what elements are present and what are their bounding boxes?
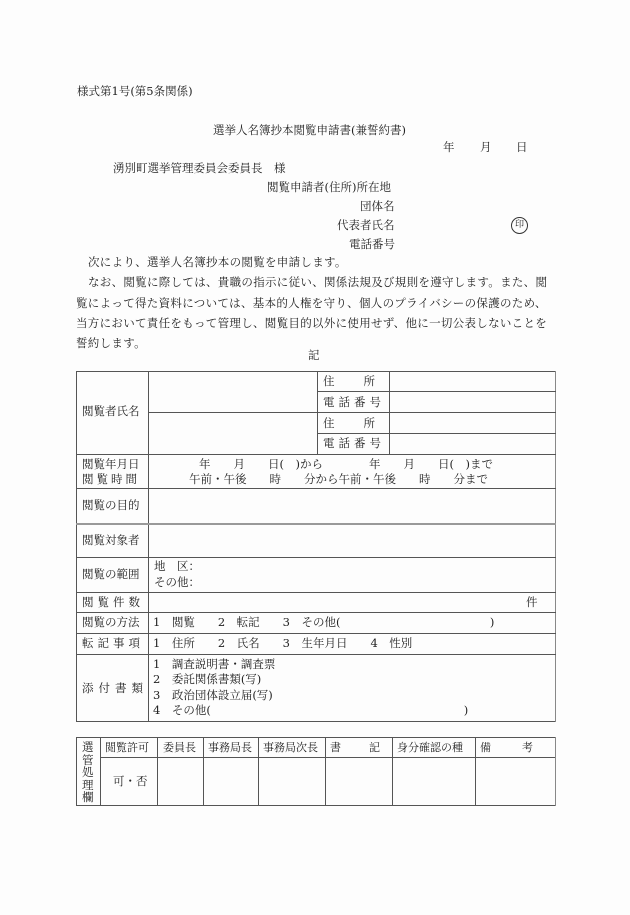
- count-unit: 件: [526, 597, 538, 609]
- admin-side-label: 選管処理欄: [82, 741, 94, 804]
- body-text: 次により、選挙人名簿抄本の閲覧を申請します。 なお、閲覧に際しては、貴職の指示に…: [76, 252, 558, 353]
- attachment-item-4[interactable]: 4 その他( ): [153, 705, 468, 717]
- attachment-item-1[interactable]: 1 調査説明書・調査票: [153, 659, 275, 671]
- purpose-label: 閲覧の目的: [82, 500, 140, 512]
- permit-value[interactable]: 可・否: [113, 776, 148, 788]
- viewer-name-2-field[interactable]: [149, 413, 317, 454]
- transcribe-label: 転記事項: [82, 638, 144, 650]
- count-field[interactable]: [149, 593, 519, 612]
- date-month: 月: [480, 142, 492, 154]
- representative-label: 代表者氏名: [337, 220, 395, 232]
- phone-label-2: 電話番号: [323, 438, 385, 450]
- remarks-field[interactable]: [476, 758, 555, 805]
- phone-label: 電話番号: [349, 239, 395, 251]
- address-2-field[interactable]: [390, 413, 555, 433]
- address-label-2: 住 所: [323, 418, 377, 430]
- body-para-line-3: 当方において責任をもって管理し、閲覧目的以外に使用せず、他に一切公表しないことを: [76, 313, 558, 333]
- viewer-name-1-field[interactable]: [149, 372, 317, 412]
- body-para-line-2: 覧によって得た資料については、基本的人権を守り、個人のプライバシーの保護のため、: [76, 293, 558, 313]
- time-label: 閲覧時間: [82, 474, 140, 486]
- attachments-label: 添付書類: [82, 683, 148, 695]
- method-options[interactable]: 1 閲覧 2 転記 3 その他( ): [153, 617, 494, 629]
- seal-icon: 印: [511, 217, 528, 234]
- ki-heading: 記: [308, 350, 320, 362]
- attachment-item-2[interactable]: 2 委託関係書類(写): [153, 674, 261, 686]
- document-title: 選挙人名簿抄本閲覧申請書(兼誓約書): [213, 125, 406, 137]
- clerk-stamp-field[interactable]: [326, 758, 392, 805]
- phone-1-field[interactable]: [390, 392, 555, 412]
- header-chairman: 委員長: [163, 742, 196, 753]
- secretary-general-stamp-field[interactable]: [204, 758, 258, 805]
- date-year: 年: [443, 142, 455, 154]
- scope-other[interactable]: その他：: [154, 577, 200, 589]
- purpose-field[interactable]: [149, 489, 555, 523]
- time-value[interactable]: 午前・午後 時 分から午前・午後 時 分まで: [189, 474, 488, 486]
- header-deputy-secretary: 事務局次長: [263, 742, 318, 753]
- viewer-name-label: 閲覧者氏名: [82, 406, 140, 418]
- header-clerk: 書 記: [330, 742, 382, 753]
- scope-label: 閲覧の範囲: [82, 569, 140, 581]
- address-1-field[interactable]: [390, 372, 555, 391]
- addressee: 湧別町選挙管理委員会委員長 様: [113, 163, 286, 175]
- body-line-1: 次により、選挙人名簿抄本の閲覧を申請します。: [76, 252, 558, 272]
- deputy-secretary-stamp-field[interactable]: [259, 758, 325, 805]
- transcribe-options[interactable]: 1 住所 2 氏名 3 生年月日 4 性別: [153, 638, 412, 650]
- header-id-type: 身分確認の種: [397, 742, 463, 753]
- header-permit: 閲覧許可: [105, 742, 149, 753]
- body-para-line-1: なお、閲覧に際しては、貴職の指示に従い、関係法規及び規則を遵守します。また、閲: [76, 272, 558, 292]
- date-label: 閲覧年月日: [82, 459, 140, 471]
- header-secretary-general: 事務局長: [208, 742, 252, 753]
- header-remarks: 備 考: [480, 742, 536, 753]
- date-value[interactable]: 年 月 日( )から 年 月 日( )まで: [199, 459, 493, 471]
- attachment-item-3[interactable]: 3 政治団体設立届(写): [153, 690, 273, 702]
- method-label: 閲覧の方法: [82, 617, 140, 629]
- phone-2-field[interactable]: [390, 434, 555, 454]
- phone-label-1: 電話番号: [323, 397, 385, 409]
- form-number: 様式第1号(第5条関係): [77, 86, 193, 98]
- id-type-field[interactable]: [393, 758, 475, 805]
- target-field[interactable]: [149, 525, 555, 557]
- count-label: 閲覧件数: [82, 597, 144, 609]
- date-day: 日: [516, 142, 528, 154]
- target-label: 閲覧対象者: [82, 535, 140, 547]
- organization-label: 団体名: [360, 201, 395, 213]
- scope-district[interactable]: 地 区：: [154, 561, 200, 573]
- applicant-address-label: 閲覧申請者(住所)所在地: [267, 182, 391, 194]
- chairman-stamp-field[interactable]: [158, 758, 203, 805]
- address-label-1: 住 所: [323, 376, 377, 388]
